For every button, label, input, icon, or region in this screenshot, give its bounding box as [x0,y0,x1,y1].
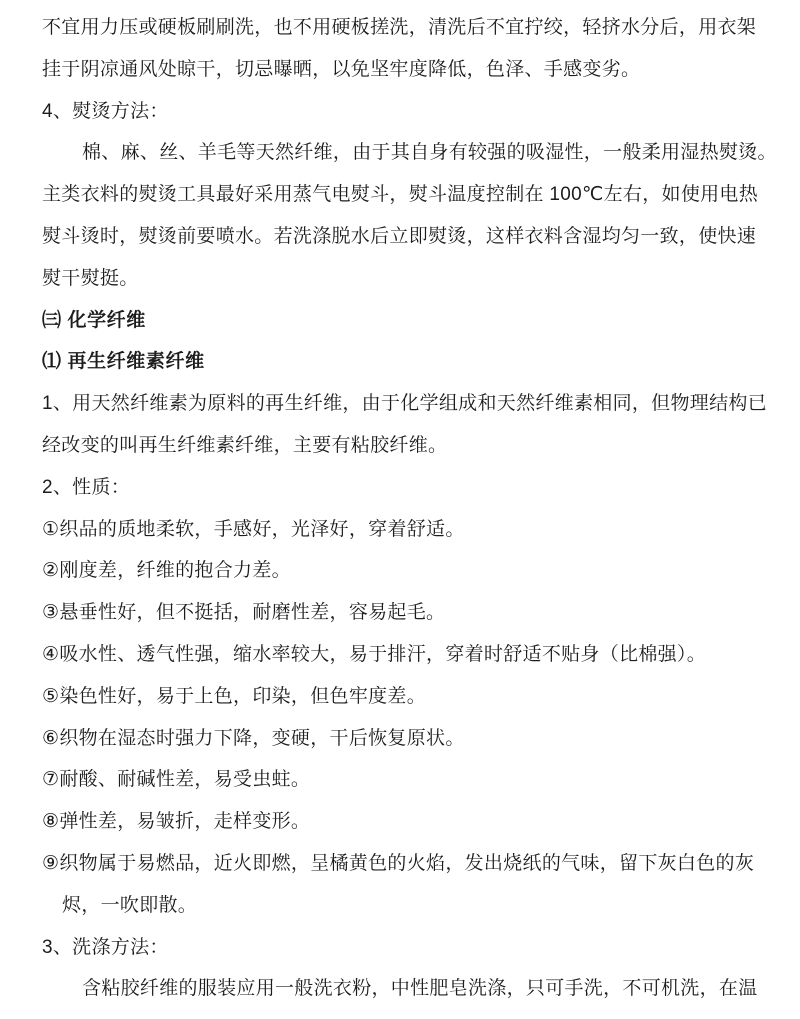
text-line: 棉、麻、丝、羊毛等天然纤维，由于其自身有较强的吸湿性，一般柔用湿热熨烫。 [42,132,762,174]
list-heading-washing-method: 3、洗涤方法： [42,927,762,969]
list-item-line: ⑨织物属于易燃品，近火即燃，呈橘黄色的火焰，发出烧纸的气味，留下灰白色的灰 [42,843,762,885]
list-item-line: ②刚度差，纤维的抱合力差。 [42,550,762,592]
list-item-line: 烬，一吹即散。 [42,885,762,927]
list-item-line: ⑦耐酸、耐碱性差，易受虫蛀。 [42,759,762,801]
text-line: 熨干熨挺。 [42,258,762,300]
text-line: 挂于阴凉通风处晾干，切忌曝晒，以免坚牢度降低，色泽、手感变劣。 [42,49,762,91]
text-line: 1、用天然纤维素为原料的再生纤维，由于化学组成和天然纤维素相同，但物理结构已 [42,383,762,425]
list-item-line: ⑥织物在湿态时强力下降，变硬，干后恢复原状。 [42,718,762,760]
text-line: 不宜用力压或硬板刷刷洗，也不用硬板搓洗，清洗后不宜拧绞，轻挤水分后，用衣架 [42,7,762,49]
list-item-line: ④吸水性、透气性强，缩水率较大，易于排汗，穿着时舒适不贴身（比棉强）。 [42,634,762,676]
list-heading-ironing-method: 4、熨烫方法： [42,91,762,133]
text-line: 主类衣料的熨烫工具最好采用蒸气电熨斗，熨斗温度控制在 100℃左右，如使用电热 [42,174,762,216]
text-line: 含粘胶纤维的服装应用一般洗衣粉，中性肥皂洗涤，只可手洗，不可机洗，在温 [42,968,762,1010]
text-line: 熨斗烫时，熨烫前要喷水。若洗涤脱水后立即熨烫，这样衣料含湿均匀一致，使快速 [42,216,762,258]
list-heading-properties: 2、性质： [42,467,762,509]
document-page: 不宜用力压或硬板刷刷洗，也不用硬板搓洗，清洗后不宜拧绞，轻挤水分后，用衣架 挂于… [0,0,800,1019]
list-item-line: ⑧弹性差，易皱折，走样变形。 [42,801,762,843]
section-heading-chemical-fiber: ㈢ 化学纤维 [42,300,762,342]
subsection-heading-regenerated-cellulose-fiber: ⑴ 再生纤维素纤维 [42,341,762,383]
list-item-line: ⑤染色性好，易于上色，印染，但色牢度差。 [42,676,762,718]
text-line: 经改变的叫再生纤维素纤维，主要有粘胶纤维。 [42,425,762,467]
list-item-line: ①织品的质地柔软，手感好，光泽好，穿着舒适。 [42,509,762,551]
list-item-line: ③悬垂性好，但不挺括，耐磨性差，容易起毛。 [42,592,762,634]
